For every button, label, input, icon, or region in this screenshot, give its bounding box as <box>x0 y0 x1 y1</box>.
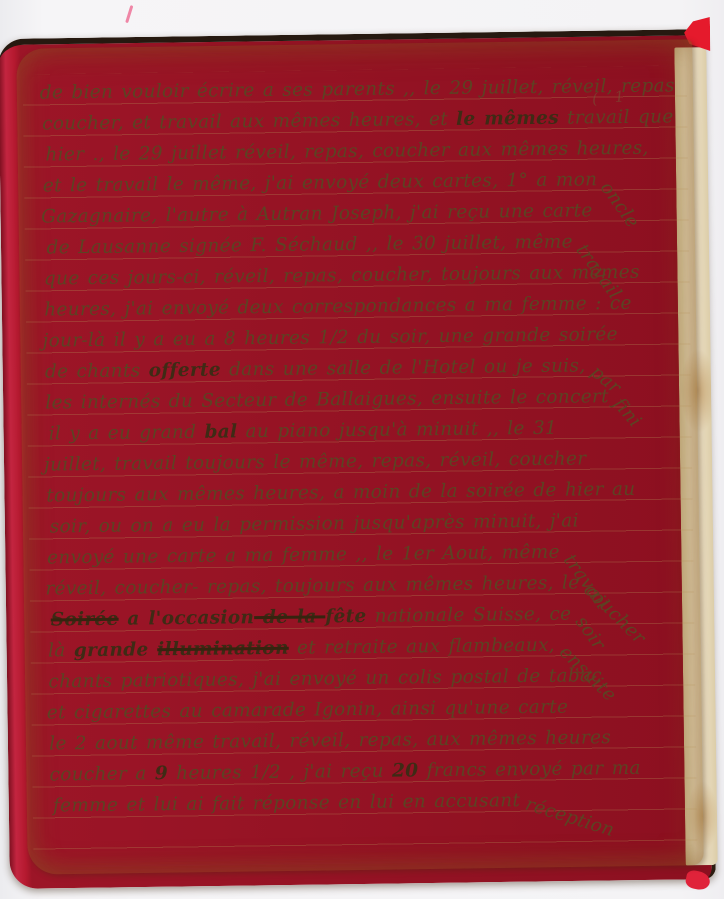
handwriting-segment: dans une salle de l'Hotel ou je suis, <box>221 355 586 380</box>
handwriting-segment: le mêmes <box>456 108 559 130</box>
handwriting-segment: hier ., le 29 juillet réveil, repas, cou… <box>45 138 648 166</box>
handwriting-segment: et retraite aux flambeaux, <box>289 635 555 659</box>
handwriting-segment: là <box>48 640 74 661</box>
notebook: ( 1 de bien vouloir écrire a ses parents… <box>0 29 716 889</box>
handwriting-segment: coucher, et travail aux mêmes heures, et <box>42 109 456 135</box>
handwriting-segment: de la <box>254 606 325 628</box>
handwriting-segment: de Lausanne signée F. Séchaud ,, le 30 j… <box>46 232 572 259</box>
handwriting-segment: heures, j'ai envoyé deux correspondances… <box>44 293 632 321</box>
handwriting-segment: offerte <box>149 360 221 382</box>
handwriting-tail-word: réception <box>522 789 619 846</box>
handwriting-line: envoyé une carte a ma femme ,, le 1er Ao… <box>47 535 677 573</box>
handwriting-segment: le 2 aout même travail, réveil, repas, a… <box>49 727 611 754</box>
handwriting-segment: et le travail le même, j'ai envoyé deux … <box>43 169 598 196</box>
handwriting-segment: toujours aux mêmes heures, a moin de la … <box>46 479 635 507</box>
handwriting-segment: que ces jours-ci, réveil, repas, coucher… <box>44 262 640 290</box>
handwriting-segment: grande <box>74 639 158 661</box>
handwriting-segment: soir, ou on a eu la permission jusqu'apr… <box>50 510 579 537</box>
handwriting-segment: les internés du Secteur de Ballaigues, e… <box>45 386 609 413</box>
handwriting-segment: et cigarettes au camarade Igonin, ainsi … <box>47 697 569 724</box>
handwriting-segment: il y a eu grand <box>49 422 205 445</box>
handwriting-segment: Gazagnaire, l'autre à Autran Joseph, j'a… <box>41 200 593 227</box>
handwriting-segment: 20 <box>392 760 419 781</box>
diary-page: ( 1 de bien vouloir écrire a ses parents… <box>16 39 703 874</box>
handwriting-segment: 9 <box>155 763 168 784</box>
handwriting-segment: envoyé une carte a ma femme ,, le 1er Ao… <box>47 542 560 569</box>
handwriting-segment: au piano jusqu'à minuit ,, le 31 <box>237 418 557 443</box>
handwriting-segment: Soirée <box>51 609 119 631</box>
handwriting-segment: francs envoyé par ma <box>418 758 641 782</box>
handwriting-segment: réveil, coucher- repas, toujours aux mêm… <box>45 572 579 599</box>
handwriting-line: femme et lui ai fait réponse en lui en a… <box>53 783 680 821</box>
handwriting-segment: fête <box>325 606 366 627</box>
handwriting-segment: a <box>118 608 148 629</box>
handwriting-segment: de bien vouloir écrire a ses parents ,, … <box>40 75 675 103</box>
handwriting-segment: bal <box>204 421 237 442</box>
handwriting-segment: travail que <box>559 106 674 128</box>
manuscript-text: de bien vouloir écrire a ses parents ,, … <box>42 70 680 821</box>
handwriting-line: de Lausanne signée F. Séchaud ,, le 30 j… <box>46 225 673 263</box>
handwriting-segment: de chants <box>45 360 149 382</box>
handwriting-segment: coucher a <box>49 763 155 785</box>
handwriting-segment: femme et lui ai fait réponse en lui en a… <box>53 790 521 816</box>
handwriting-segment: jour-là il y a eu a 8 heures 1/2 du soir… <box>42 324 617 352</box>
handwriting-segment: l'occasion <box>148 607 254 629</box>
handwriting-segment: juillet, travail toujours le même, repas… <box>44 448 587 475</box>
handwriting-segment: nationale Suisse, ce <box>366 604 571 627</box>
handwriting-segment: heures 1/2 , j'ai reçu <box>168 761 392 785</box>
handwriting-segment: chants patriotiques, j'ai envoyé un coli… <box>48 665 602 692</box>
handwriting-segment: illumination <box>157 638 289 660</box>
